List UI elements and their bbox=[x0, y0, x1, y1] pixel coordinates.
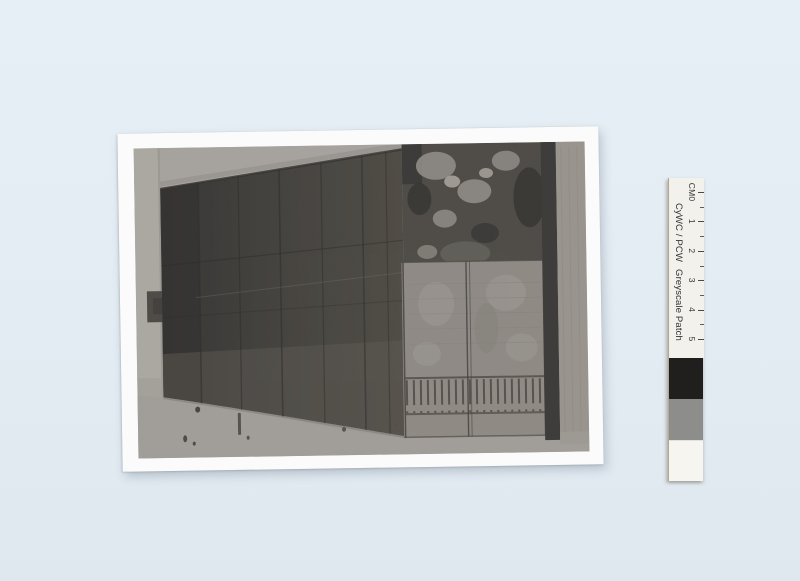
ruler-tick-major bbox=[698, 280, 704, 281]
greyscale-patch-grey bbox=[669, 399, 703, 440]
greyscale-patch-white bbox=[669, 440, 703, 481]
ruler-tick-minor bbox=[700, 295, 704, 296]
photograph-image bbox=[134, 141, 590, 458]
greyscale-patch-black bbox=[669, 358, 703, 399]
greyscale-measurement-strip: CM012345 CyWC / PCWGreyscale Patch bbox=[668, 178, 703, 481]
ruler-tick-major bbox=[698, 221, 704, 222]
ruler-number: 3 bbox=[687, 278, 697, 283]
ruler-number: 4 bbox=[687, 307, 697, 312]
scanner-bed-background: CM012345 CyWC / PCWGreyscale Patch bbox=[0, 0, 800, 581]
ruler-tick-major bbox=[698, 310, 704, 311]
ruler-tick-major bbox=[698, 192, 704, 193]
ruler-maker-label: CyWC / PCW bbox=[673, 203, 684, 262]
ruler-number: CM0 bbox=[687, 183, 697, 202]
ruler-tick-major bbox=[698, 339, 704, 340]
cm-ruler-face: CM012345 CyWC / PCWGreyscale Patch bbox=[670, 178, 704, 358]
ruler-number: 5 bbox=[687, 337, 697, 342]
cm-ruler: CM012345 CyWC / PCWGreyscale Patch bbox=[670, 178, 704, 358]
ruler-tick-minor bbox=[700, 266, 704, 267]
ruler-tick-major bbox=[698, 251, 704, 252]
ruler-tick-minor bbox=[700, 324, 704, 325]
ruler-caption: CyWC / PCWGreyscale Patch bbox=[673, 203, 684, 341]
ruler-patch-label: Greyscale Patch bbox=[673, 269, 684, 341]
ruler-tick-minor bbox=[700, 236, 704, 237]
ruler-tick-minor bbox=[700, 207, 704, 208]
photograph-print bbox=[117, 126, 603, 472]
ruler-number: 2 bbox=[687, 248, 697, 253]
ruler-number: 1 bbox=[687, 219, 697, 224]
